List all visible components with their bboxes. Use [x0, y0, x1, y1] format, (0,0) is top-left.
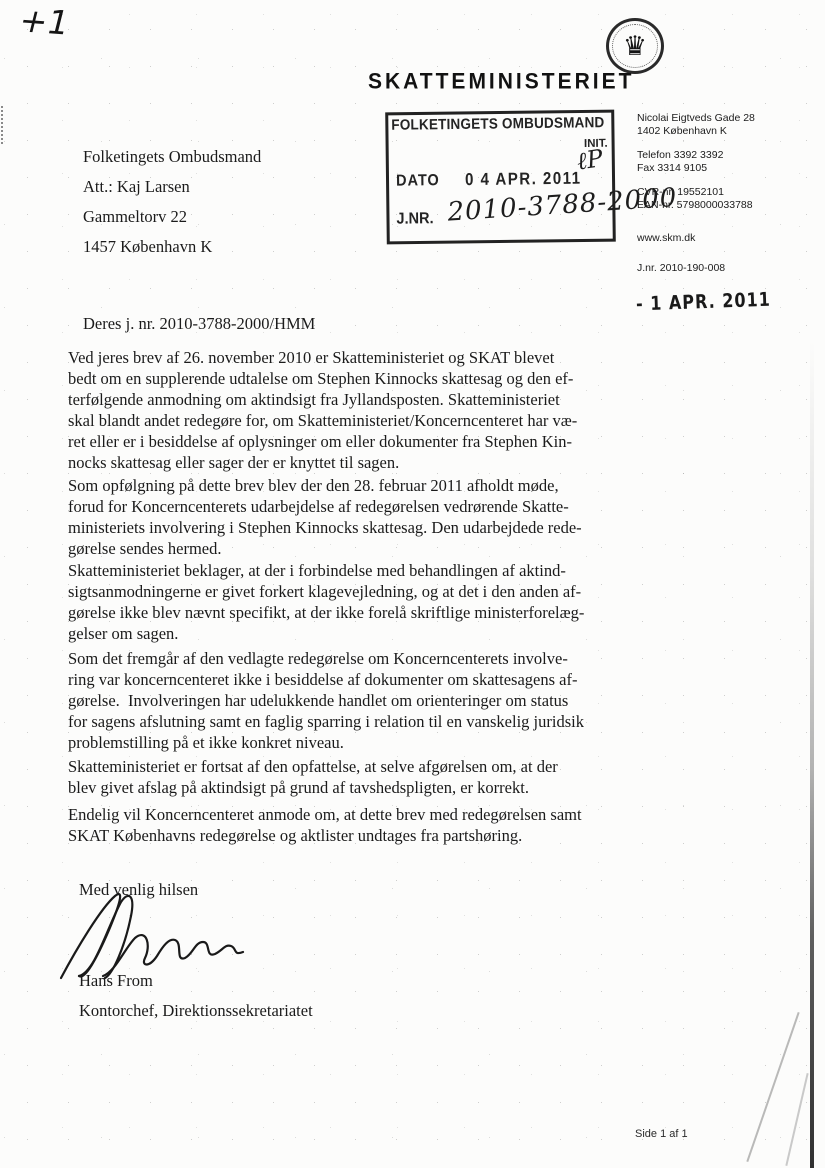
handwritten-corner-mark: +1: [15, 1, 73, 43]
body-text-line: gørelse. Involveringen har udelukkende h…: [68, 690, 638, 711]
signer-name: Hans From: [79, 971, 153, 991]
body-text-line: ring var koncerncenteret ikke i besiddel…: [68, 669, 638, 690]
date-received-stamp: - 1 APR. 2011: [636, 288, 772, 315]
body-text-line: ministeriets involvering i Stephen Kinno…: [68, 517, 638, 538]
body-text-line: gørelse ikke blev nævnt specifikt, at de…: [68, 602, 638, 623]
recipient-address-line: Gammeltorv 22: [83, 207, 261, 237]
recipient-address-line: Att.: Kaj Larsen: [83, 177, 261, 207]
body-text-line: Som opfølgning på dette brev blev der de…: [68, 475, 638, 496]
ministry-crest-icon: ♛: [606, 18, 664, 74]
body-text-line: Som det fremgår af den vedlagte redegøre…: [68, 648, 638, 669]
body-paragraph-3: Skatteministeriet beklager, at der i for…: [68, 560, 638, 644]
stamp-jnr-label: J.NR.: [396, 210, 433, 228]
body-paragraph-6: Endelig vil Koncerncenteret anmode om, a…: [68, 804, 638, 846]
body-text-line: Endelig vil Koncerncenteret anmode om, a…: [68, 804, 638, 825]
sender-journal-number: J.nr. 2010-190-008: [637, 262, 725, 274]
scan-edge-streak: [810, 340, 814, 1168]
body-text-line: bedt om en supplerende udtalelse om Step…: [68, 368, 638, 389]
reference-line: Deres j. nr. 2010-3788-2000/HMM: [83, 314, 315, 334]
sender-address-line1: Nicolai Eigtveds Gade 28: [637, 112, 755, 124]
sender-address-line2: 1402 København K: [637, 125, 727, 137]
body-text-line: Skatteministeriet beklager, at der i for…: [68, 560, 638, 581]
sender-fax: Fax 3314 9105: [637, 162, 707, 174]
sender-website: www.skm.dk: [637, 232, 695, 244]
body-text-line: gelser om sagen.: [68, 623, 638, 644]
sender-ean: EAN-nr. 5798000033788: [637, 199, 753, 211]
page-indicator: Side 1 af 1: [635, 1128, 688, 1140]
stamp-date-value: 0 4 APR. 2011: [465, 169, 582, 190]
body-paragraph-2: Som opfølgning på dette brev blev der de…: [68, 475, 638, 559]
body-text-line: forud for Koncerncenterets udarbejdelse …: [68, 496, 638, 517]
body-paragraph-4: Som det fremgår af den vedlagte redegøre…: [68, 648, 638, 753]
signer-title: Kontorchef, Direktionssekretariatet: [79, 1001, 313, 1021]
body-text-line: SKAT Københavns redegørelse og aktlister…: [68, 825, 638, 846]
body-text-line: ret eller er i besiddelse af oplysninger…: [68, 431, 638, 452]
stamp-date-label: DATO: [396, 172, 440, 190]
body-text-line: Ved jeres brev af 26. november 2010 er S…: [68, 347, 638, 368]
body-text-line: problemstilling på et ikke konkret nivea…: [68, 732, 638, 753]
body-paragraph-5: Skatteministeriet er fortsat af den opfa…: [68, 756, 638, 798]
received-stamp: FOLKETINGETS OMBUDSMAND INIT. ℓP DATO 0 …: [385, 110, 616, 245]
scan-dotted-mark: [1, 106, 3, 144]
recipient-address-line: Folketingets Ombudsmand: [83, 147, 261, 177]
sender-cvr: CVR-nr. 19552101: [637, 186, 724, 198]
crown-icon: ♛: [612, 24, 658, 68]
body-text-line: terfølgende anmodning om aktindsigt fra …: [68, 389, 638, 410]
scanned-letter-page: +1 ♛ SKATTEMINISTERIET FOLKETINGETS OMBU…: [0, 0, 825, 1168]
body-text-line: gørelse sendes hermed.: [68, 538, 638, 559]
body-text-line: for sagens afslutning samt en faglig spa…: [68, 711, 638, 732]
signature-image: [55, 888, 255, 983]
body-text-line: Skatteministeriet er fortsat af den opfa…: [68, 756, 638, 777]
recipient-address-line: 1457 København K: [83, 237, 261, 267]
body-text-line: sigtsanmodningerne er givet forkert klag…: [68, 581, 638, 602]
ministry-wordmark: SKATTEMINISTERIET: [368, 69, 658, 94]
body-text-line: nocks skattesag eller sager der er knytt…: [68, 452, 638, 473]
stamp-office-name: FOLKETINGETS OMBUDSMAND: [391, 114, 609, 133]
scan-diagonal-line: [785, 1073, 808, 1166]
recipient-address: Folketingets OmbudsmandAtt.: Kaj LarsenG…: [83, 147, 261, 267]
sender-phone: Telefon 3392 3392: [637, 149, 723, 161]
body-text-line: blev givet afslag på aktindsigt på grund…: [68, 777, 638, 798]
body-paragraph-1: Ved jeres brev af 26. november 2010 er S…: [68, 347, 638, 473]
body-text-line: skal blandt andet redegøre for, om Skatt…: [68, 410, 638, 431]
